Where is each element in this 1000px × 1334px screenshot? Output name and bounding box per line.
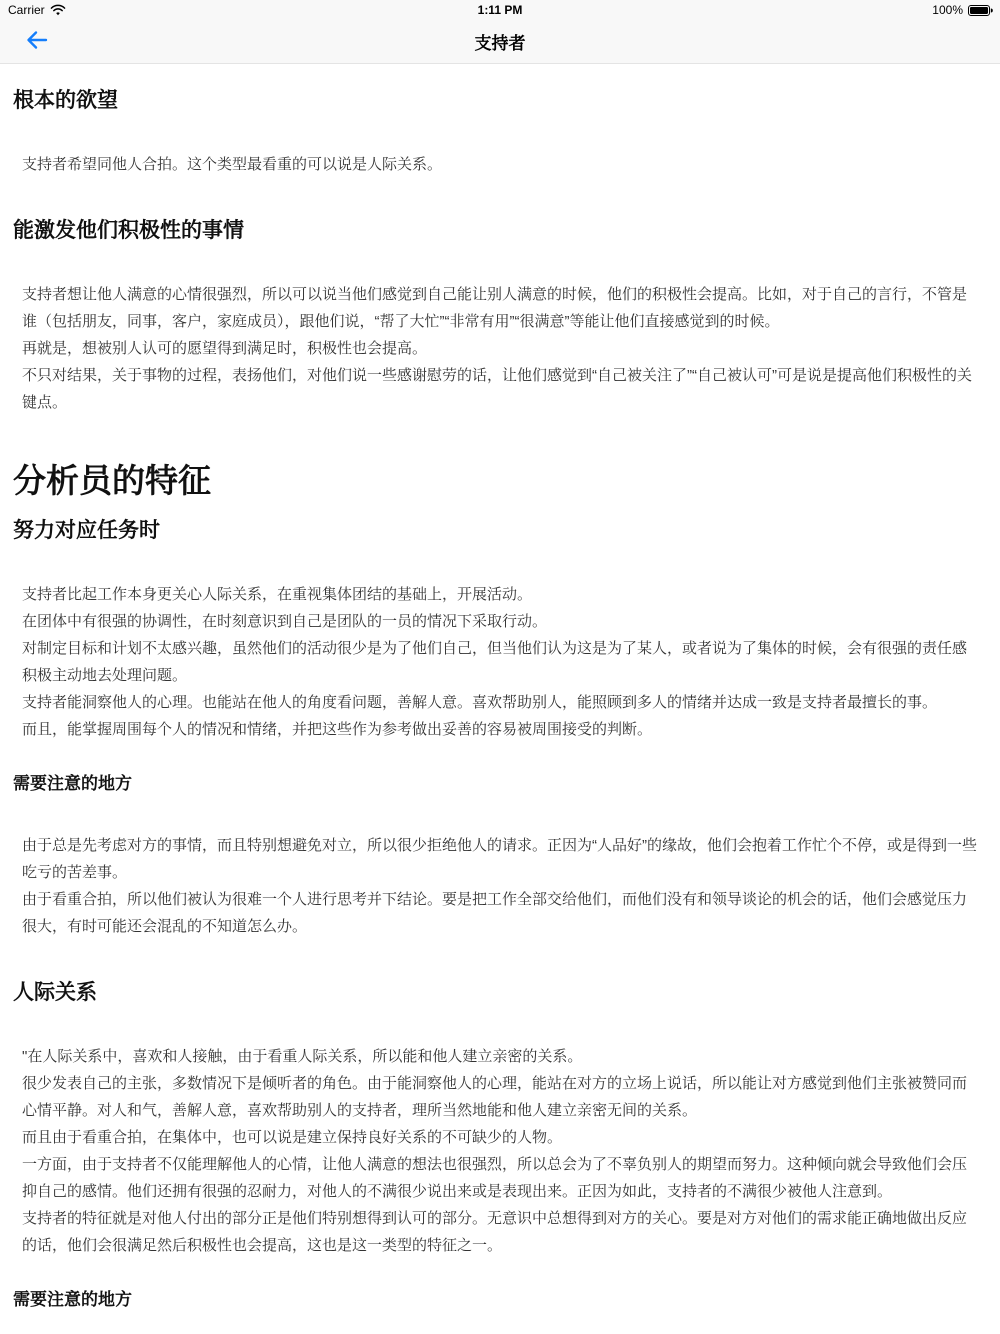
section-body-task-approach: 支持者比起工作本身更关心人际关系，在重视集体团结的基础上，开展活动。 在团体中有… (13, 581, 980, 743)
navigation-bar: 支持者 (0, 20, 1000, 64)
clock: 1:11 PM (0, 3, 1000, 17)
back-button[interactable] (22, 27, 52, 57)
section-heading-motivators: 能激发他们积极性的事情 (13, 218, 980, 243)
back-arrow-icon (26, 30, 48, 53)
page-title: 支持者 (0, 29, 1000, 54)
battery-percent-label: 100% (932, 3, 963, 17)
section-body-caution-1: 由于总是先考虑对方的事情，而且特别想避免对立，所以很少拒绝他人的请求。正因为“人… (13, 832, 980, 940)
section-heading-caution-1: 需要注意的地方 (13, 773, 980, 794)
battery-icon (968, 5, 993, 16)
section-heading-analyst-traits: 分析员的特征 (13, 460, 980, 501)
section-body-motivators: 支持者想让他人满意的心情很强烈，所以可以说当他们感觉到自己能让别人满意的时候，他… (13, 281, 980, 416)
section-heading-caution-2: 需要注意的地方 (13, 1289, 980, 1310)
article-scroll-area[interactable]: 根本的欲望 支持者希望同他人合拍。这个类型最看重的可以说是人际关系。 能激发他们… (0, 64, 1000, 1334)
status-bar: Carrier 1:11 PM 100% (0, 0, 1000, 20)
carrier-label: Carrier (8, 3, 45, 17)
section-heading-task-approach: 努力对应任务时 (13, 518, 980, 543)
section-heading-basic-desire: 根本的欲望 (13, 88, 980, 113)
section-body-basic-desire: 支持者希望同他人合拍。这个类型最看重的可以说是人际关系。 (13, 151, 980, 178)
section-body-relationships: "在人际关系中，喜欢和人接触，由于看重人际关系，所以能和他人建立亲密的关系。 很… (13, 1043, 980, 1259)
section-heading-relationships: 人际关系 (13, 980, 980, 1005)
wifi-icon (50, 4, 66, 16)
